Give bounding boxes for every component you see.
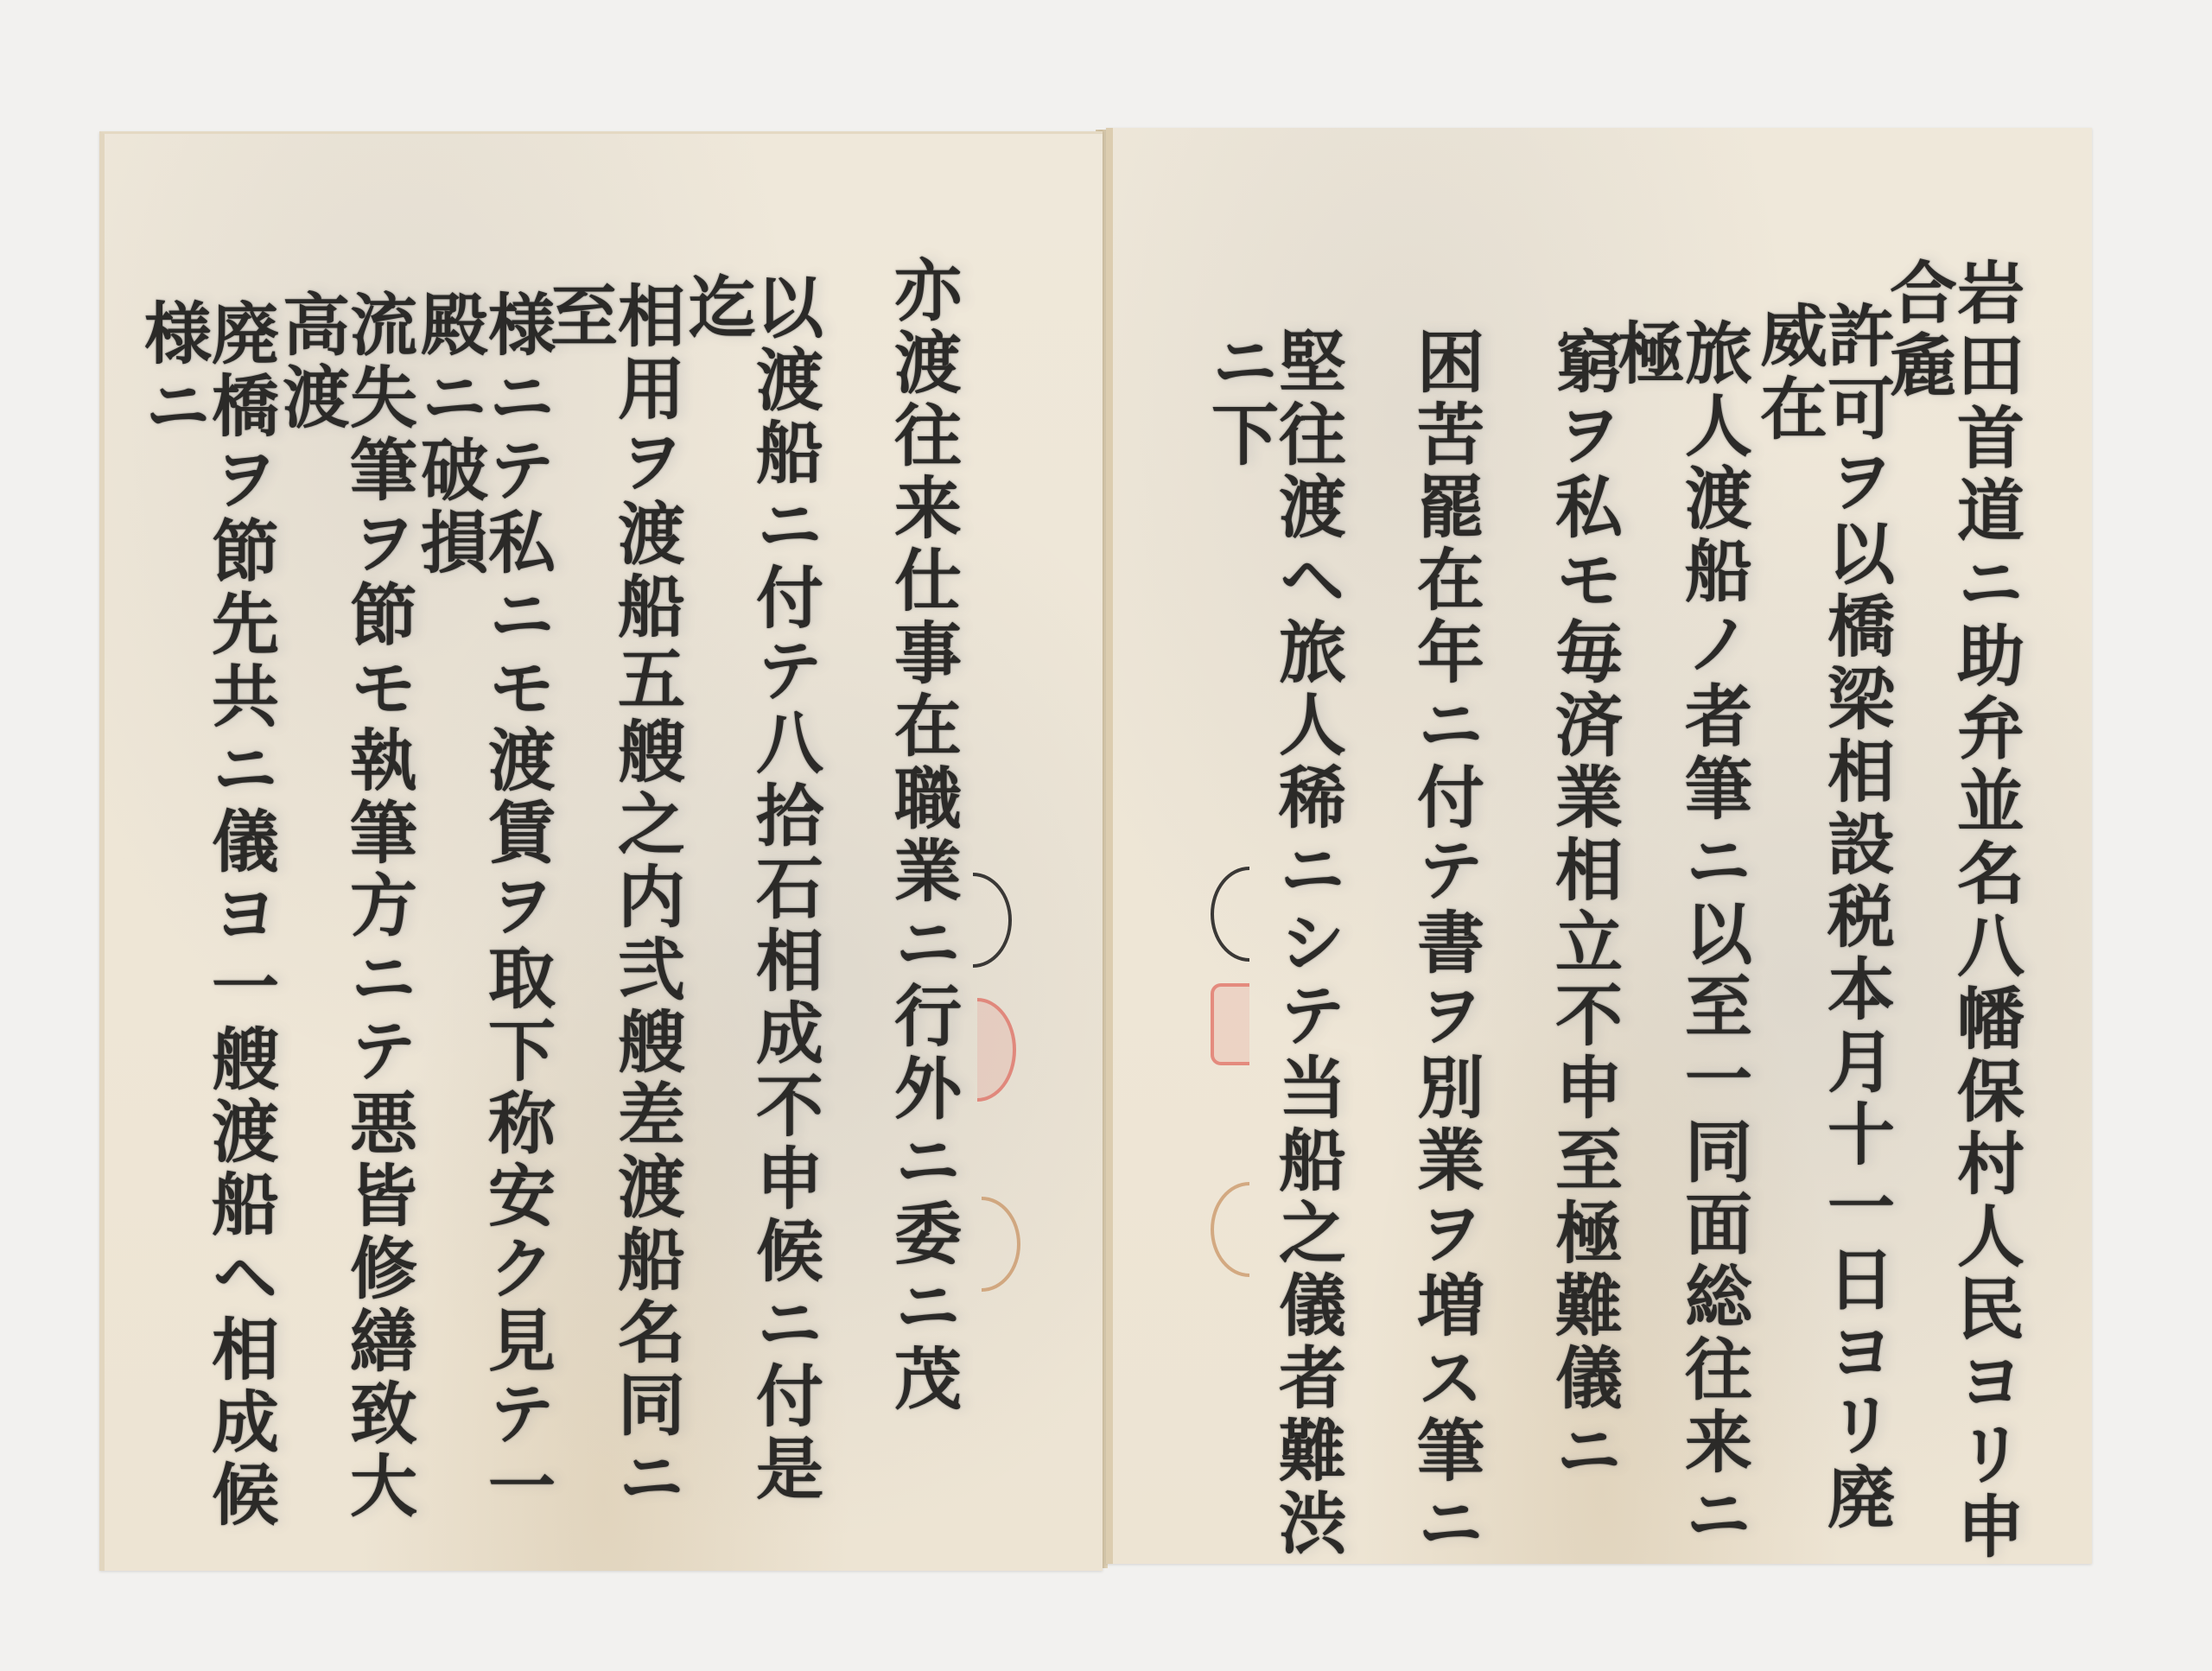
text-column: 流失筆ヲ節モ執筆方ニテ悪皆修繕致大高渡 (276, 289, 411, 1571)
text-column: 窮ヲ私モ毎済業相立不申至極難儀ニ (1549, 327, 1617, 1488)
text-column: 旅人渡船ノ者筆ニ以至一同面総往来ニ極 (1611, 318, 1746, 1564)
text-column: 亦渡往来仕事在職業ニ行外ニ委ニ茂 (888, 255, 956, 1416)
left-page: 亦渡往来仕事在職業ニ行外ニ委ニ茂 以渡船ニ付テ八拾石相成不申候ニ付是迄 相用ヲ渡… (99, 131, 1103, 1571)
text-column: 様ニテ私ニモ渡賃ヲ取下称安ク見テ一殿ニ破損 (415, 289, 550, 1571)
left-page-text: 亦渡往来仕事在職業ニ行外ニ委ニ茂 以渡船ニ付テ八拾石相成不申候ニ付是迄 相用ヲ渡… (105, 134, 1103, 1571)
text-column: 廃橋ヲ節先共ニ儀ヨ一艘渡船ヘ相成候様ニ (138, 298, 273, 1571)
text-column: 岩田首道ニ助弁並名八幡保村人民ヨリ申合麁 (1884, 257, 2018, 1564)
text-column: 相用ヲ渡船五艘之内弐艘差渡船名同ニ至 (544, 281, 679, 1571)
text-column: 以渡船ニ付テ八拾石相成不申候ニ付是迄 (683, 272, 817, 1571)
right-page: 岩田首道ニ助弁並名八幡保村人民ヨリ申合麁 許可ヲ以橋梁相設税本月十一日ヨリ廃威在… (1106, 128, 2092, 1564)
right-page-text: 岩田首道ニ助弁並名八幡保村人民ヨリ申合麁 許可ヲ以橋梁相設税本月十一日ヨリ廃威在… (1113, 128, 2092, 1564)
text-column: 困苦罷在年ニ付テ書ヲ別業ヲ増ス筆ニ (1411, 327, 1478, 1560)
text-column: 許可ヲ以橋梁相設税本月十一日ヨリ廃威在 (1754, 301, 1889, 1564)
